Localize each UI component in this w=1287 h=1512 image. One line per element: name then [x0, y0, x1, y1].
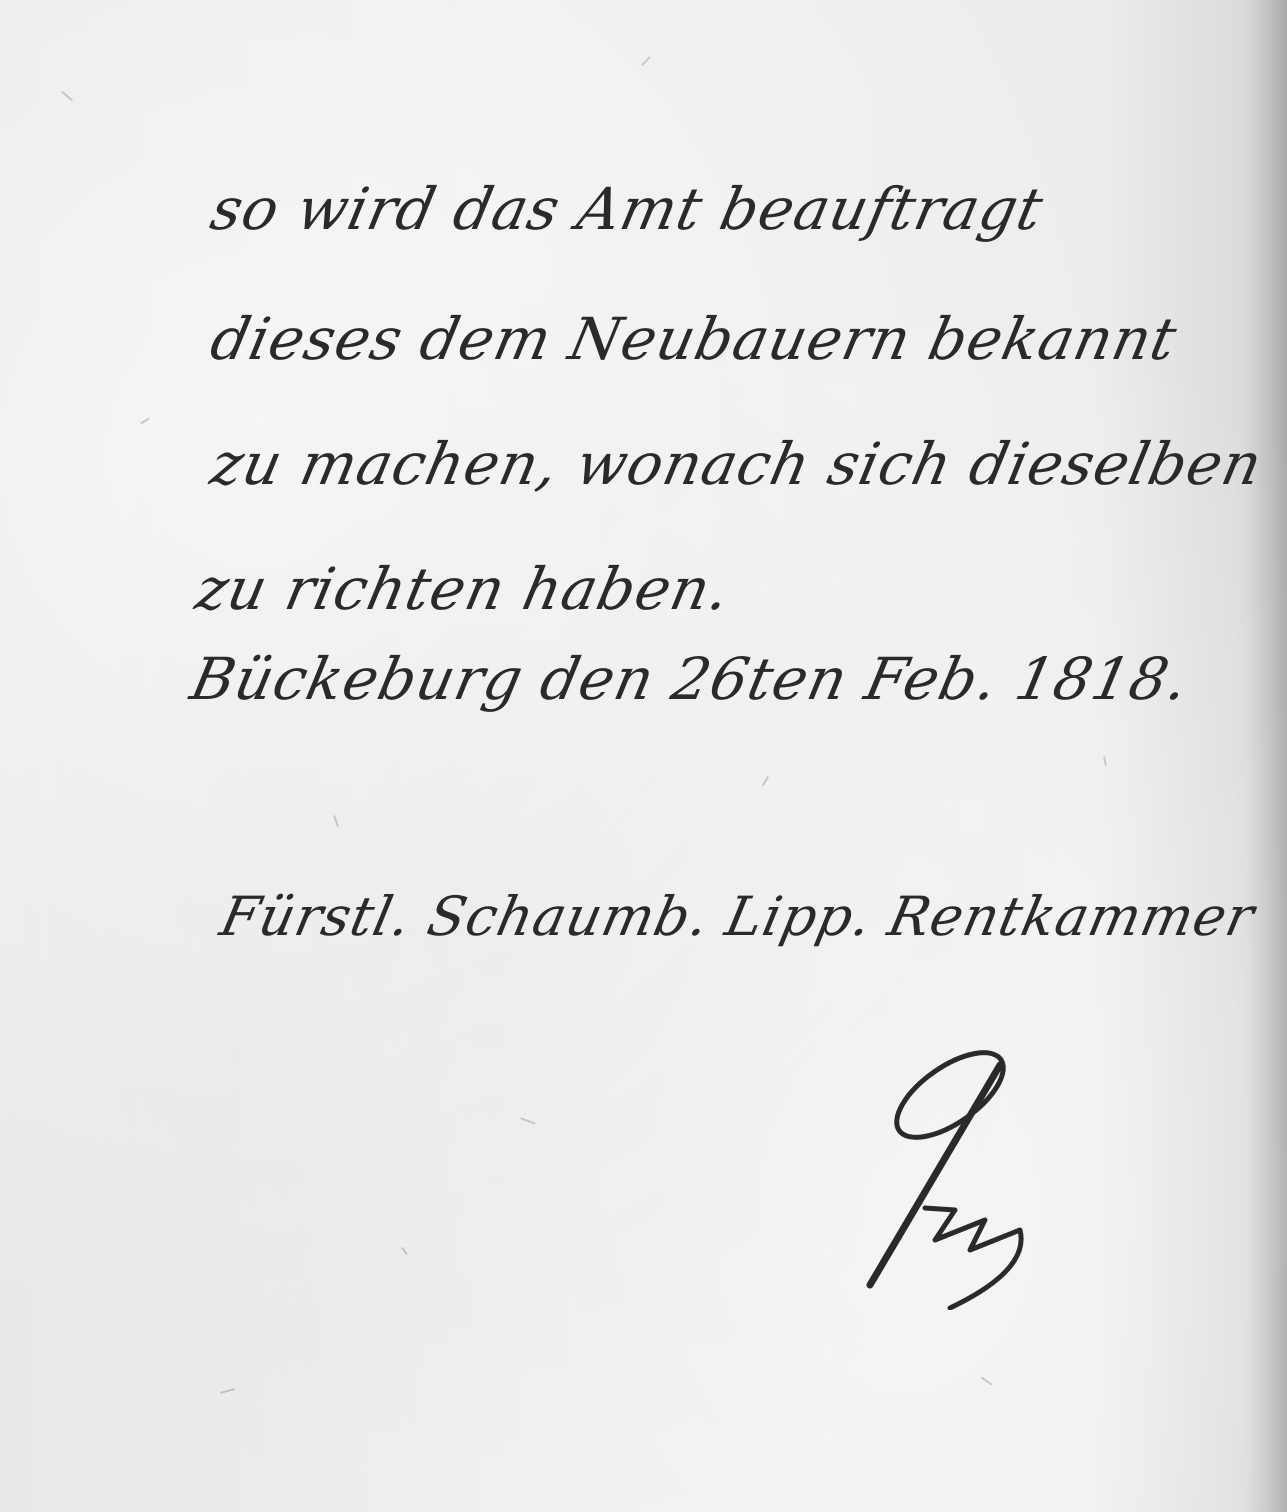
issuer-line: Fürstl. Schaumb. Lipp. Rentkammer: [215, 885, 1260, 948]
signature-paraph: [850, 1040, 1030, 1310]
text-line-4: zu richten haben.: [190, 555, 737, 623]
place-date-line: Bückeburg den 26ten Feb. 1818.: [185, 645, 1195, 713]
text-line-2: dieses dem Neubauern bekannt: [205, 305, 1183, 373]
text-line-3: zu machen, wonach sich dieselben: [205, 430, 1269, 498]
text-line-1: so wird das Amt beauftragt: [205, 175, 1050, 243]
binding-edge-shadow: [1247, 0, 1287, 1512]
